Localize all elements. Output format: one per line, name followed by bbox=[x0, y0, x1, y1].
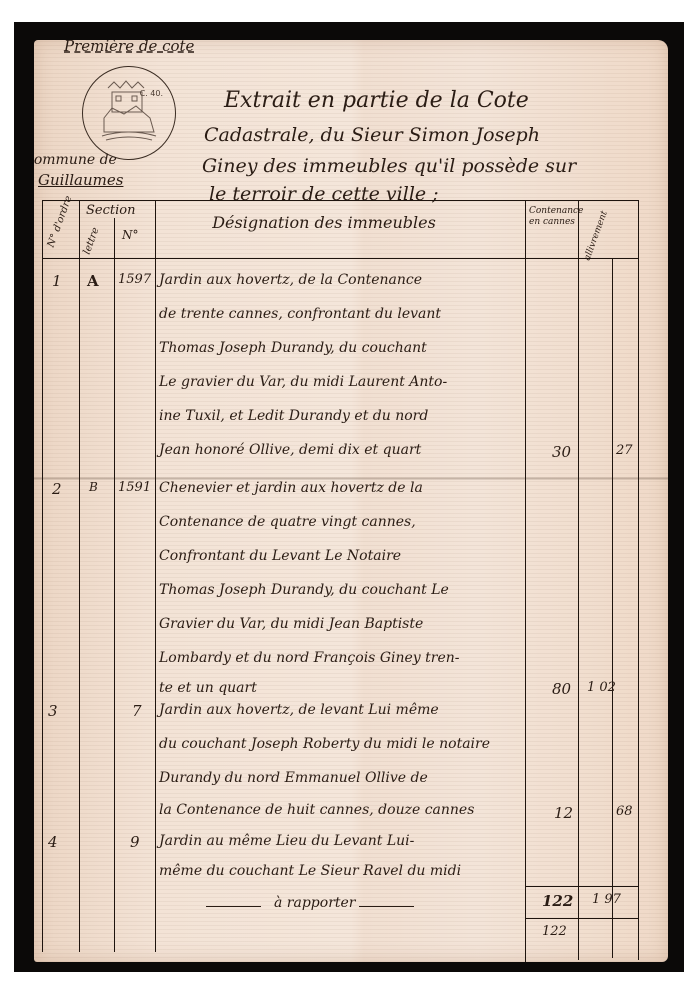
row-description-line: Jardin aux hovertz, de la Contenance bbox=[159, 272, 422, 288]
row-description-line: la Contenance de huit cannes, douze cann… bbox=[159, 802, 474, 818]
header-designation: Désignation des immeubles bbox=[209, 212, 439, 234]
row-description-line: Thomas Joseph Durandy, du couchant Le bbox=[159, 582, 449, 598]
header-ordre: N° d'ordre bbox=[46, 195, 75, 249]
row-ordre: 4 bbox=[48, 833, 58, 851]
row-allivrement: 1 02 bbox=[587, 680, 616, 695]
row-description-line: Le gravier du Var, du midi Laurent Anto- bbox=[159, 374, 447, 390]
title-line-1: Extrait en partie de la Cote bbox=[224, 88, 529, 113]
row-lettre: B bbox=[89, 480, 98, 494]
total-rule-top bbox=[525, 886, 638, 887]
row-description-line: du couchant Joseph Roberty du midi le no… bbox=[159, 736, 490, 752]
title-line-2: Cadastrale, du Sieur Simon Joseph bbox=[204, 124, 540, 146]
total-rule-bottom bbox=[525, 918, 638, 919]
row-description-line: ine Tuxil, et Ledit Durandy et du nord bbox=[159, 408, 428, 424]
tax-stamp: C. 40. bbox=[82, 66, 176, 160]
table-top-rule bbox=[42, 200, 638, 201]
col-divider bbox=[578, 200, 579, 960]
stamp-value: C. 40. bbox=[140, 89, 163, 98]
title-line-3: Giney des immeubles qu'il possède sur bbox=[202, 155, 576, 177]
col-divider bbox=[42, 200, 43, 952]
commune-name: Guillaumes bbox=[38, 171, 123, 189]
row-contenance: 12 bbox=[554, 804, 573, 822]
header-section-lettre: lettre bbox=[82, 226, 102, 256]
row-numero: 9 bbox=[130, 833, 140, 851]
carry-forward-dash bbox=[359, 906, 414, 907]
carry-forward-dash bbox=[206, 906, 261, 907]
row-description-line: Jean honoré Ollive, demi dix et quart bbox=[159, 442, 421, 458]
row-description-line: Chenevier et jardin aux hovertz de la bbox=[159, 480, 423, 496]
col-divider bbox=[155, 200, 156, 952]
header-allivrement: allivrement bbox=[583, 210, 610, 262]
row-description-line: même du couchant Le Sieur Ravel du midi bbox=[159, 863, 461, 879]
header-section-numero: N° bbox=[122, 228, 139, 242]
row-numero: 1591 bbox=[118, 480, 151, 495]
contenance-carried: 122 bbox=[542, 924, 567, 939]
row-allivrement: 27 bbox=[616, 443, 633, 458]
title-line-4: le terroir de cette ville ; bbox=[209, 183, 439, 205]
row-description-line: Jardin au même Lieu du Levant Lui- bbox=[159, 833, 414, 849]
row-numero: 7 bbox=[132, 702, 142, 720]
col-divider bbox=[114, 218, 115, 952]
header-contenance: Contenance en cannes bbox=[529, 206, 577, 228]
row-description-line: de trente cannes, confrontant du levant bbox=[159, 306, 441, 322]
col-divider bbox=[638, 200, 639, 960]
row-description-line: Lombardy et du nord François Giney tren- bbox=[159, 650, 460, 666]
table-header-rule bbox=[42, 258, 638, 259]
contenance-total: 122 bbox=[542, 892, 573, 910]
header-section: Section bbox=[86, 203, 135, 218]
commune-label: commune de bbox=[34, 152, 117, 168]
cadastral-extract-page: Première de cote C. 40. Extrait en parti… bbox=[34, 40, 668, 962]
row-description-line: Contenance de quatre vingt cannes, bbox=[159, 514, 416, 530]
col-divider bbox=[525, 200, 526, 962]
top-note: Première de cote bbox=[64, 40, 194, 55]
col-divider bbox=[612, 258, 613, 958]
row-ordre: 3 bbox=[48, 702, 58, 720]
carry-forward-label: à rapporter bbox=[274, 895, 355, 911]
row-ordre: 1 bbox=[52, 272, 62, 290]
row-contenance: 80 bbox=[552, 680, 571, 698]
row-description-line: te et un quart bbox=[159, 680, 257, 696]
row-description-line: Gravier du Var, du midi Jean Baptiste bbox=[159, 616, 423, 632]
row-description-line: Confrontant du Levant Le Notaire bbox=[159, 548, 401, 564]
row-description-line: Durandy du nord Emmanuel Ollive de bbox=[159, 770, 428, 786]
row-ordre: 2 bbox=[52, 480, 62, 498]
row-numero: 1597 bbox=[118, 272, 151, 287]
row-allivrement: 68 bbox=[616, 804, 633, 819]
row-contenance: 30 bbox=[552, 443, 571, 461]
row-description-line: Thomas Joseph Durandy, du couchant bbox=[159, 340, 427, 356]
allivrement-total: 1 97 bbox=[592, 892, 621, 907]
col-divider bbox=[79, 200, 80, 952]
row-description-line: Jardin aux hovertz, de levant Lui même bbox=[159, 702, 439, 718]
row-lettre: A bbox=[87, 272, 99, 290]
